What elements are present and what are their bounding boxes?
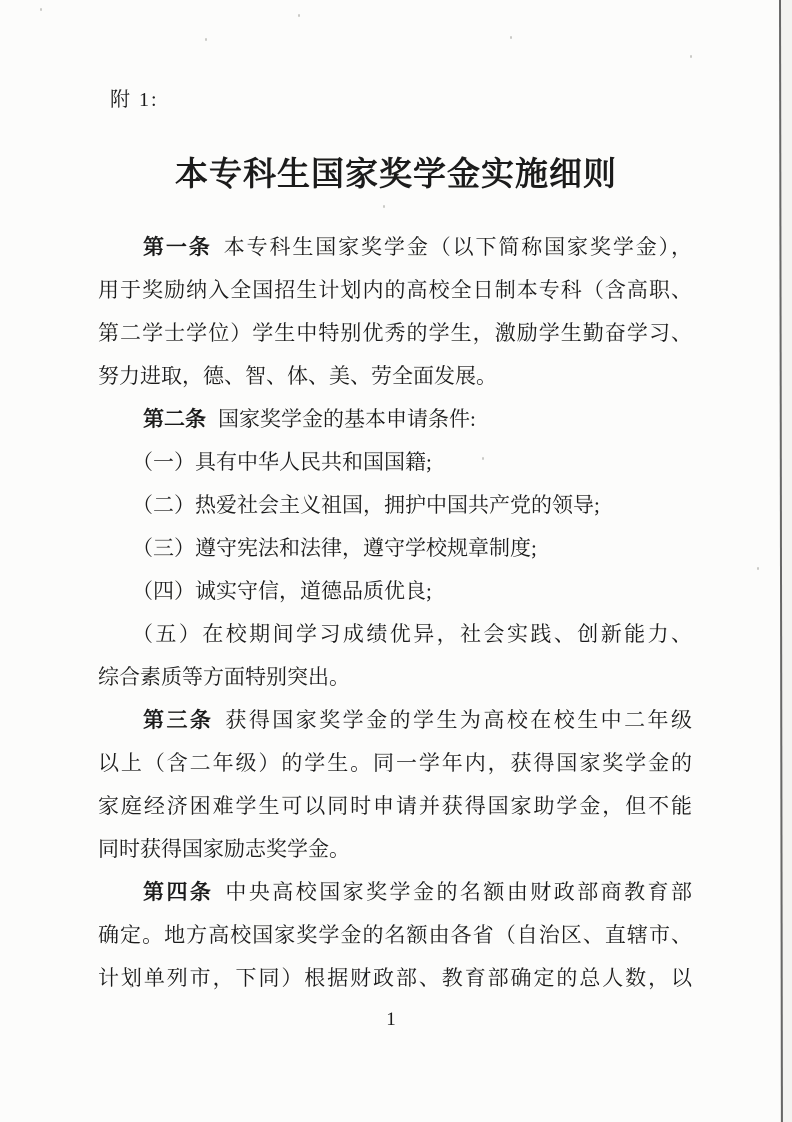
scan-speck [510, 36, 512, 39]
body-line: 以上（含二年级）的学生。同一学年内，获得国家奖学金的 [98, 742, 692, 785]
line-text: 同时获得国家励志奖学金。 [98, 837, 350, 861]
scan-speck [40, 8, 42, 11]
body-line: 第二条国家奖学金的基本申请条件: [98, 398, 692, 441]
body-line: （五）在校期间学习成绩优异，社会实践、创新能力、 [98, 613, 692, 656]
line-text: 中央高校国家奖学金的名额由财政部商教育部 [225, 880, 692, 904]
body-line: 第四条中央高校国家奖学金的名额由财政部商教育部 [98, 871, 692, 914]
body-line: 努力进取，德、智、体、美、劳全面发展。 [98, 355, 692, 398]
body-line: 第二学士学位）学生中特别优秀的学生，激励学生勤奋学习、 [98, 312, 692, 355]
article-number: 第四条 [143, 880, 213, 904]
body-line: （三）遵守宪法和法律，遵守学校规章制度; [98, 527, 692, 570]
scan-speck [298, 14, 300, 17]
scan-speck [482, 457, 484, 460]
line-text: 努力进取，德、智、体、美、劳全面发展。 [98, 364, 497, 388]
document-title: 本专科生国家奖学金实施细则 [0, 148, 792, 195]
scan-speck [205, 38, 207, 41]
line-text: （一）具有中华人民共和国国籍; [132, 450, 432, 474]
body-line: （四）诚实守信，道德品质优良; [98, 570, 692, 613]
body-line: 综合素质等方面特别突出。 [98, 656, 692, 699]
line-text: 确定。地方高校国家奖学金的名额由各省（自治区、直辖市、 [98, 923, 692, 947]
scan-speck [130, 985, 132, 988]
line-text: （二）热爱社会主义祖国，拥护中国共产党的领导; [132, 493, 600, 517]
line-text: 国家奖学金的基本申请条件: [218, 407, 476, 431]
scan-speck [690, 55, 692, 58]
line-text: 本专科生国家奖学金（以下简称国家奖学金）， [224, 235, 692, 259]
line-text: 计划单列市，下同）根据财政部、教育部确定的总人数，以 [98, 966, 692, 990]
line-text: 第二学士学位）学生中特别优秀的学生，激励学生勤奋学习、 [98, 321, 692, 345]
attachment-label: 附 1: [110, 83, 159, 112]
article-number: 第一条 [143, 235, 212, 259]
body-line: 第一条本专科生国家奖学金（以下简称国家奖学金）， [98, 226, 692, 269]
scan-speck [757, 567, 759, 570]
page-number: 1 [0, 1009, 782, 1031]
scan-speck [383, 205, 385, 208]
article-number: 第三条 [143, 708, 213, 732]
document-body: 第一条本专科生国家奖学金（以下简称国家奖学金）， 用于奖励纳入全国招生计划内的高… [98, 226, 692, 1000]
body-line: 确定。地方高校国家奖学金的名额由各省（自治区、直辖市、 [98, 914, 692, 957]
body-line: 第三条获得国家奖学金的学生为高校在校生中二年级 [98, 699, 692, 742]
line-text: （四）诚实守信，道德品质优良; [132, 579, 432, 603]
line-text: 用于奖励纳入全国招生计划内的高校全日制本专科（含高职、 [98, 278, 692, 302]
body-line: 同时获得国家励志奖学金。 [98, 828, 692, 871]
body-line: （一）具有中华人民共和国国籍; [98, 441, 692, 484]
line-text: 获得国家奖学金的学生为高校在校生中二年级 [225, 708, 692, 732]
line-text: （五）在校期间学习成绩优异，社会实践、创新能力、 [132, 622, 692, 646]
line-text: （三）遵守宪法和法律，遵守学校规章制度; [132, 536, 537, 560]
body-line: 计划单列市，下同）根据财政部、教育部确定的总人数，以 [98, 957, 692, 1000]
body-line: （二）热爱社会主义祖国，拥护中国共产党的领导; [98, 484, 692, 527]
article-number: 第二条 [143, 407, 206, 431]
body-line: 用于奖励纳入全国招生计划内的高校全日制本专科（含高职、 [98, 269, 692, 312]
line-text: 以上（含二年级）的学生。同一学年内，获得国家奖学金的 [98, 751, 692, 775]
line-text: 综合素质等方面特别突出。 [98, 665, 350, 689]
body-line: 家庭经济困难学生可以同时申请并获得国家助学金，但不能 [98, 785, 692, 828]
line-text: 家庭经济困难学生可以同时申请并获得国家助学金，但不能 [98, 794, 692, 818]
